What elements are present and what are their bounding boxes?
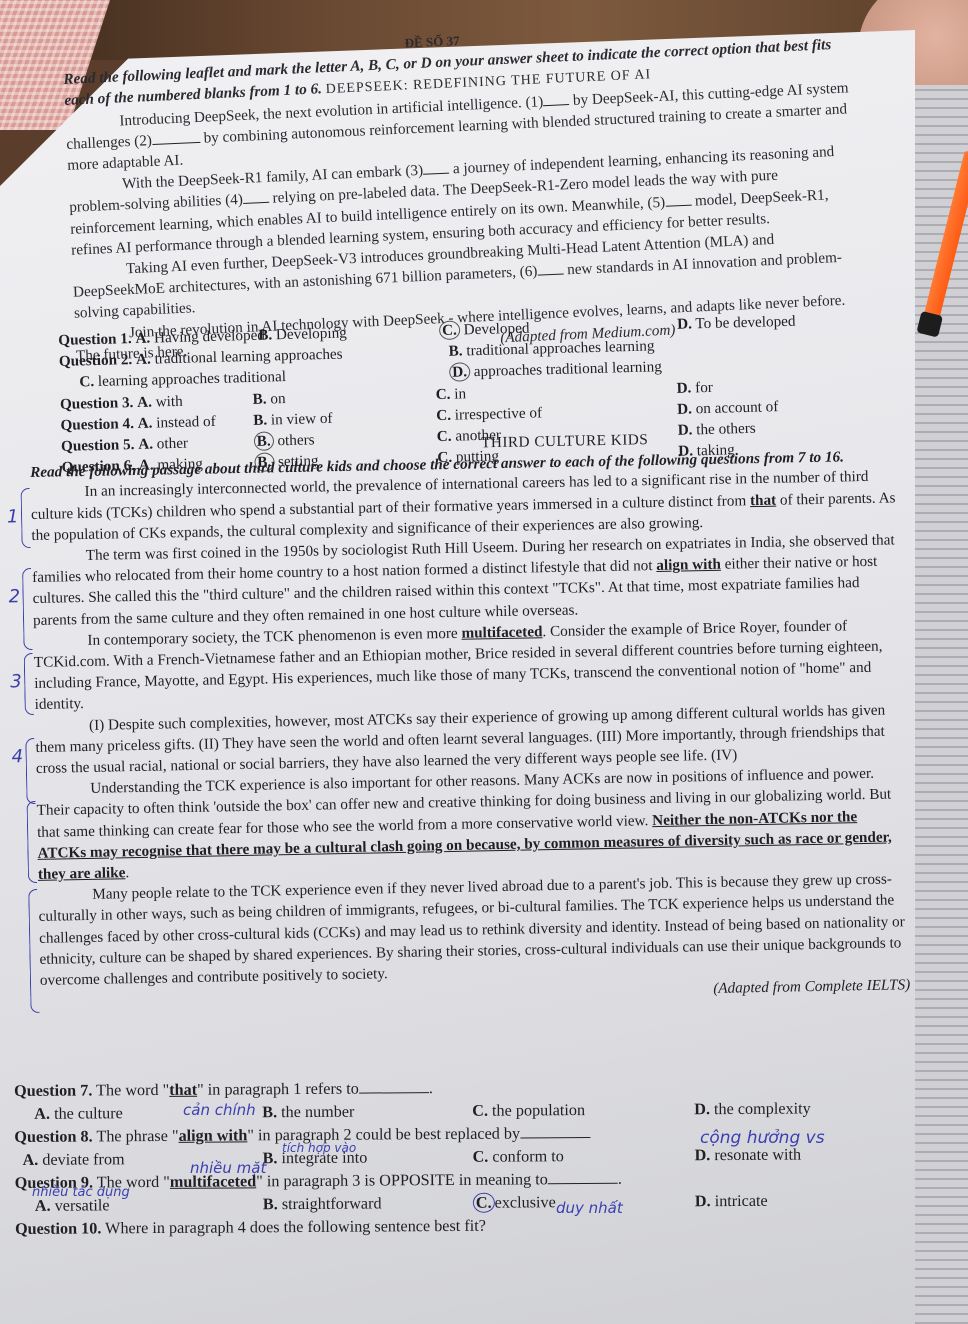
passage-paragraph-3: 3 In contemporary society, the TCK pheno… — [33, 614, 904, 715]
handwritten-note: nhiều tác dụng — [32, 1182, 130, 1203]
handwritten-note: cản chính — [183, 1100, 256, 1121]
questions-7-10: Question 7. The word "that" in paragraph… — [14, 1074, 905, 1241]
blank-4 — [243, 202, 269, 204]
handwritten-note: nhiều mặt — [190, 1158, 266, 1179]
passage-paragraph-5: Understanding the TCK experience is also… — [36, 762, 908, 885]
handwritten-paragraph-number: 2 — [8, 586, 20, 607]
blank-1 — [543, 104, 569, 106]
handwritten-brace — [27, 801, 38, 883]
blank-6 — [538, 274, 564, 276]
question-7: Question 7. The word "that" in paragraph… — [14, 1074, 904, 1126]
blank-5 — [665, 204, 691, 206]
handwritten-brace — [24, 653, 34, 715]
blank-2 — [152, 142, 200, 145]
handwritten-note: tích hợp vào — [282, 1138, 356, 1159]
key-phrase-align-with: align with — [656, 556, 721, 574]
handwritten-paragraph-number: 1 — [7, 507, 19, 528]
passage-paragraph-6: Many people relate to the TCK experience… — [38, 868, 910, 1012]
question-10: Question 10. Where in paragraph 4 does t… — [15, 1212, 905, 1241]
key-word-that: that — [750, 491, 776, 508]
key-word-multifaceted: multifaceted — [461, 623, 542, 642]
answer-mark-circle: C. — [473, 1193, 495, 1213]
handwritten-note: duy nhất — [556, 1198, 623, 1219]
passage-paragraph-2: 2 The term was first coined in the 1950s… — [32, 529, 903, 630]
exam-content: ĐỀ SỐ 37 Read the following leaflet and … — [0, 0, 915, 1324]
answer-mark-circle: C. — [439, 320, 460, 340]
handwritten-note: cộng hưởng vs — [700, 1128, 825, 1149]
handwritten-paragraph-number: 4 — [11, 746, 23, 767]
handwritten-paragraph-number: 3 — [10, 671, 22, 692]
handwritten-brace — [22, 568, 33, 650]
question-9: Question 9. The word "multifaceted" in p… — [15, 1166, 905, 1218]
blank-3 — [423, 173, 449, 175]
handwritten-brace — [21, 488, 31, 548]
answer-mark-circle: D. — [449, 363, 470, 383]
handwritten-brace — [25, 738, 35, 804]
tck-passage: Read the following passage about third c… — [30, 445, 910, 1012]
